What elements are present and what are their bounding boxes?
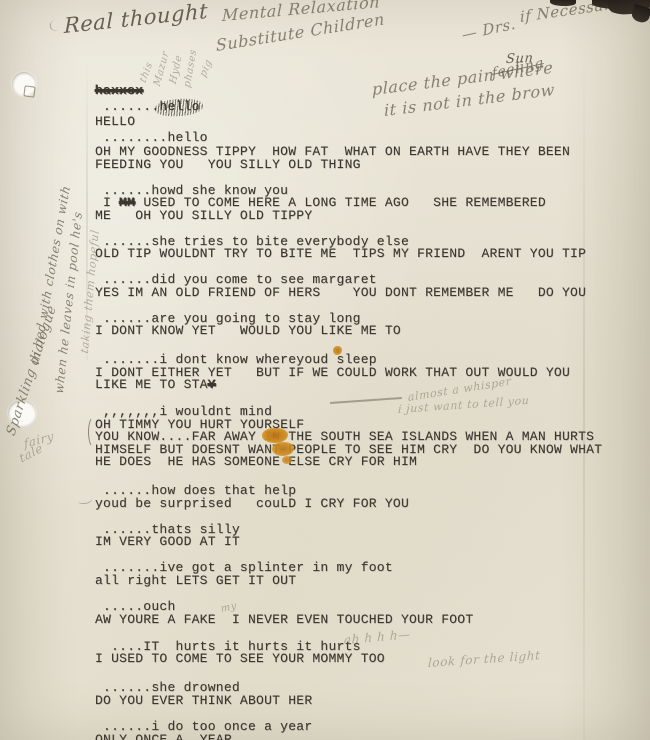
typed-line: ONLY ONCE A YEAR xyxy=(95,733,232,740)
scanned-page: haxxox .......helloHELLO ........helloOH… xyxy=(0,0,650,740)
typed-overstrike: Y xyxy=(208,377,216,392)
typed-line: HE DOES HE HAS SOMEONE ELSE CRY FOR HIM xyxy=(95,455,417,468)
typed-line: DO YOU EVER THINK ABOUT HER xyxy=(95,694,312,707)
typed-line: ........hello xyxy=(95,131,208,144)
typed-text: haxxox .......helloHELLO ........helloOH… xyxy=(95,0,650,740)
typed-line: I USED TO COME TO SEE YOUR MOMMY TOO xyxy=(95,652,385,665)
typed-line: YES IM AN OLD FRIEND OF HERS YOU DONT RE… xyxy=(95,286,586,299)
paper-crease xyxy=(86,60,88,360)
typed-segment: ....... xyxy=(95,99,159,114)
typed-line: haxxox xyxy=(95,84,143,97)
typed-overstrike: hello xyxy=(159,99,199,114)
typed-line: all right LETS GET IT OUT xyxy=(95,574,296,587)
typed-line: ME OH YOU SILLY OLD TIPPY xyxy=(95,209,312,222)
typed-segment: LIKE ME TO STA xyxy=(95,377,208,392)
typed-line: I DONT KNOW YET WOULD YOU LIKE ME TO xyxy=(95,324,401,337)
paper-crease xyxy=(583,40,585,740)
typed-line: OLD TIP WOULDNT TRY TO BITE ME TIPS MY F… xyxy=(95,247,586,260)
typed-line: .......hello xyxy=(95,100,200,113)
typed-line: IM VERY GOOD AT IT xyxy=(95,535,240,548)
pencil-annotation: tale xyxy=(17,441,45,466)
pencil-sqbox-mark xyxy=(23,85,35,97)
typed-line: youd be surprised couLD I CRY FOR YOU xyxy=(95,497,409,510)
typed-line: AW YOURE A FAKE I NEVER EVEN TOUCHED YOU… xyxy=(95,613,473,626)
typed-line: FEEDING YOU YOU SILLY OLD THING xyxy=(95,158,361,171)
pencil-brace-mark xyxy=(88,416,98,448)
typed-overstrike: haxxox xyxy=(95,83,143,98)
typed-line: HELLO xyxy=(95,115,135,128)
typed-line: LIKE ME TO STAY xyxy=(95,378,216,391)
pencil-squig-mark xyxy=(77,495,92,505)
